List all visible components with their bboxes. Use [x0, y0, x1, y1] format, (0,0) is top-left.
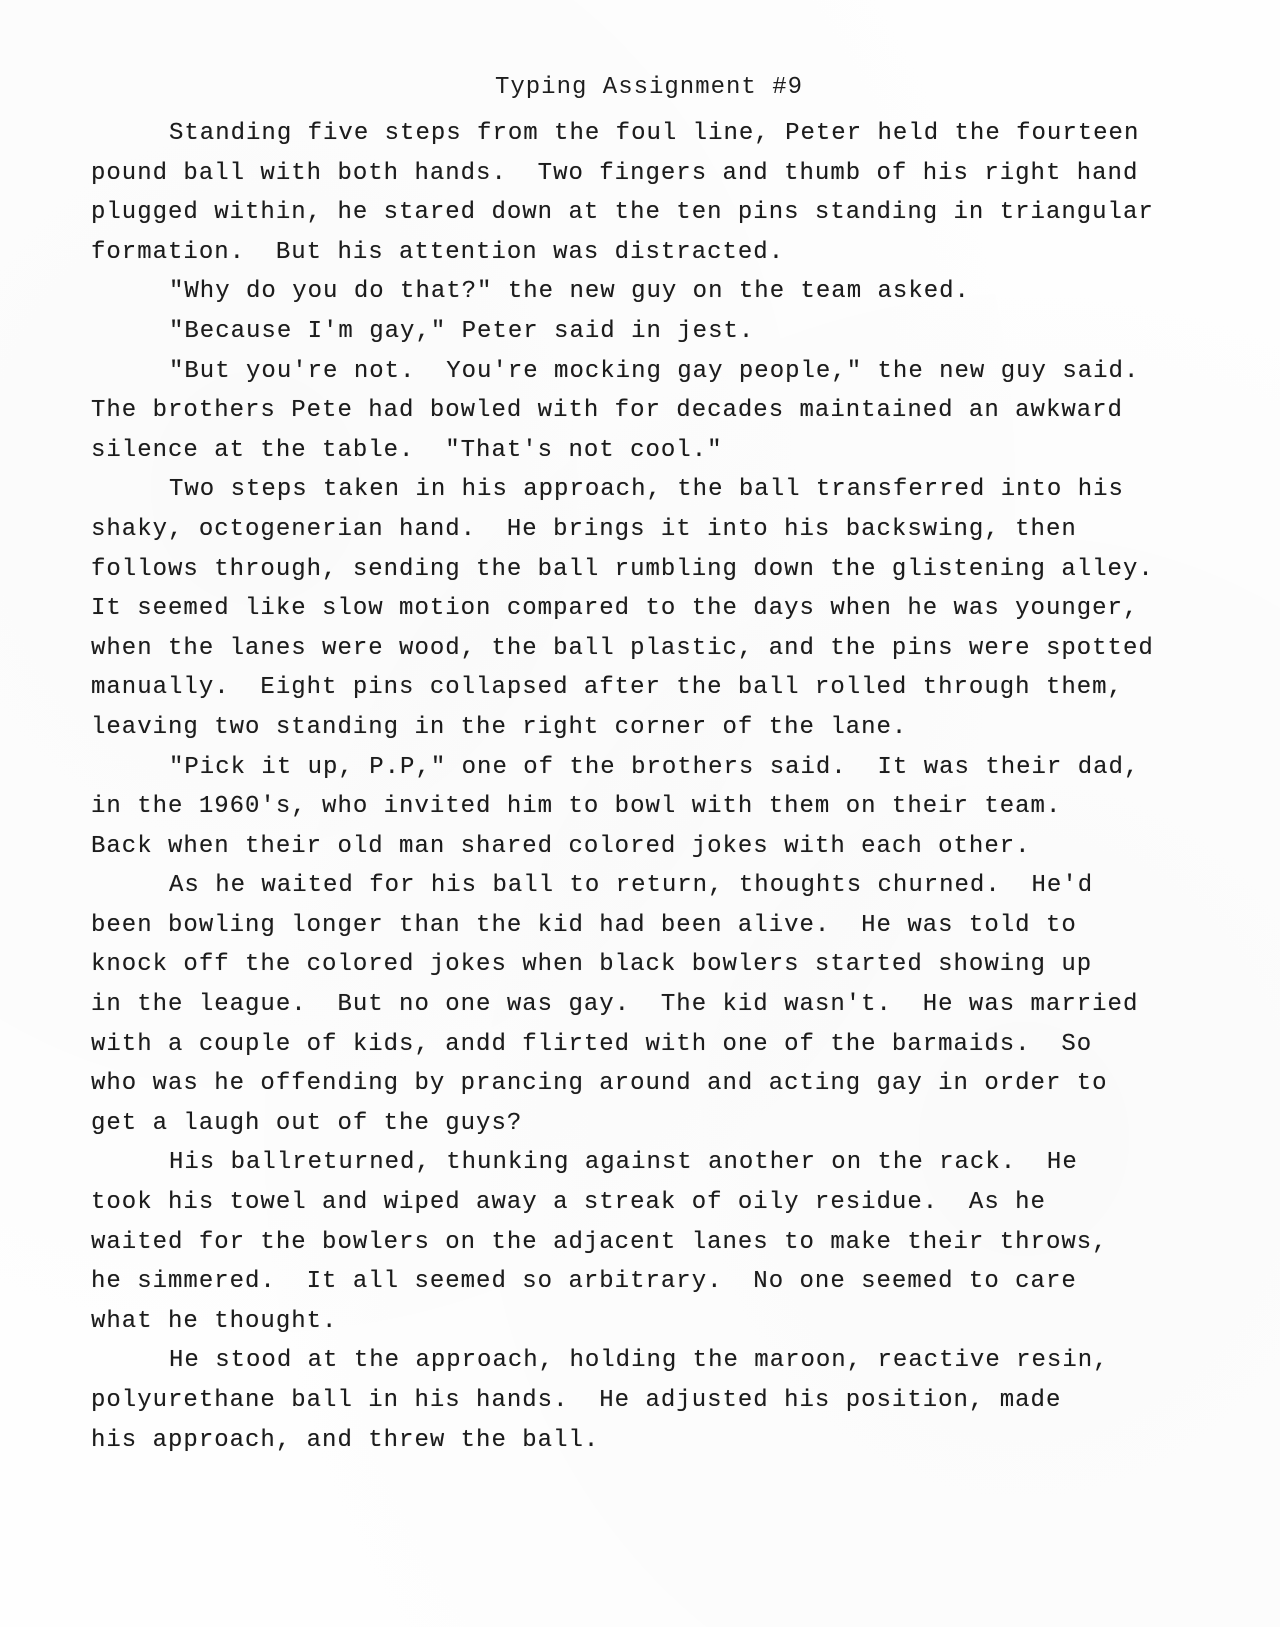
text-line: took his towel and wiped away a streak o…: [91, 1183, 1211, 1223]
text-line: follows through, sending the ball rumbli…: [91, 550, 1211, 590]
text-line: formation. But his attention was distrac…: [91, 233, 1211, 273]
text-line: been bowling longer than the kid had bee…: [91, 906, 1211, 946]
text-line: His ballreturned, thunking against anoth…: [91, 1143, 1211, 1183]
text-line: leaving two standing in the right corner…: [91, 708, 1211, 748]
text-line: get a laugh out of the guys?: [91, 1104, 1211, 1144]
text-line: when the lanes were wood, the ball plast…: [91, 629, 1211, 669]
text-line: waited for the bowlers on the adjacent l…: [91, 1223, 1211, 1263]
typed-page: Typing Assignment #9 Standing five steps…: [0, 0, 1280, 1627]
text-line: "Because I'm gay," Peter said in jest.: [91, 312, 1211, 352]
text-line: He stood at the approach, holding the ma…: [91, 1341, 1211, 1381]
text-line: Two steps taken in his approach, the bal…: [91, 470, 1211, 510]
text-line: As he waited for his ball to return, tho…: [91, 866, 1211, 906]
text-line: in the 1960's, who invited him to bowl w…: [91, 787, 1211, 827]
text-line: knock off the colored jokes when black b…: [91, 945, 1211, 985]
text-line: Back when their old man shared colored j…: [91, 827, 1211, 867]
text-line: It seemed like slow motion compared to t…: [91, 589, 1211, 629]
text-line: "But you're not. You're mocking gay peop…: [91, 352, 1211, 392]
text-line: with a couple of kids, andd flirted with…: [91, 1025, 1211, 1065]
text-line: The brothers Pete had bowled with for de…: [91, 391, 1211, 431]
text-line: plugged within, he stared down at the te…: [91, 193, 1211, 233]
text-line: shaky, octogenerian hand. He brings it i…: [91, 510, 1211, 550]
text-line: Standing five steps from the foul line, …: [91, 114, 1211, 154]
text-line: he simmered. It all seemed so arbitrary.…: [91, 1262, 1211, 1302]
document-body: Standing five steps from the foul line, …: [91, 114, 1211, 1460]
text-line: who was he offending by prancing around …: [91, 1064, 1211, 1104]
text-line: in the league. But no one was gay. The k…: [91, 985, 1211, 1025]
text-line: his approach, and threw the ball.: [91, 1421, 1211, 1461]
document-title: Typing Assignment #9: [0, 74, 1280, 101]
text-line: silence at the table. "That's not cool.": [91, 431, 1211, 471]
text-line: manually. Eight pins collapsed after the…: [91, 668, 1211, 708]
text-line: what he thought.: [91, 1302, 1211, 1342]
text-line: pound ball with both hands. Two fingers …: [91, 154, 1211, 194]
text-line: "Why do you do that?" the new guy on the…: [91, 272, 1211, 312]
text-line: polyurethane ball in his hands. He adjus…: [91, 1381, 1211, 1421]
text-line: "Pick it up, P.P," one of the brothers s…: [91, 748, 1211, 788]
